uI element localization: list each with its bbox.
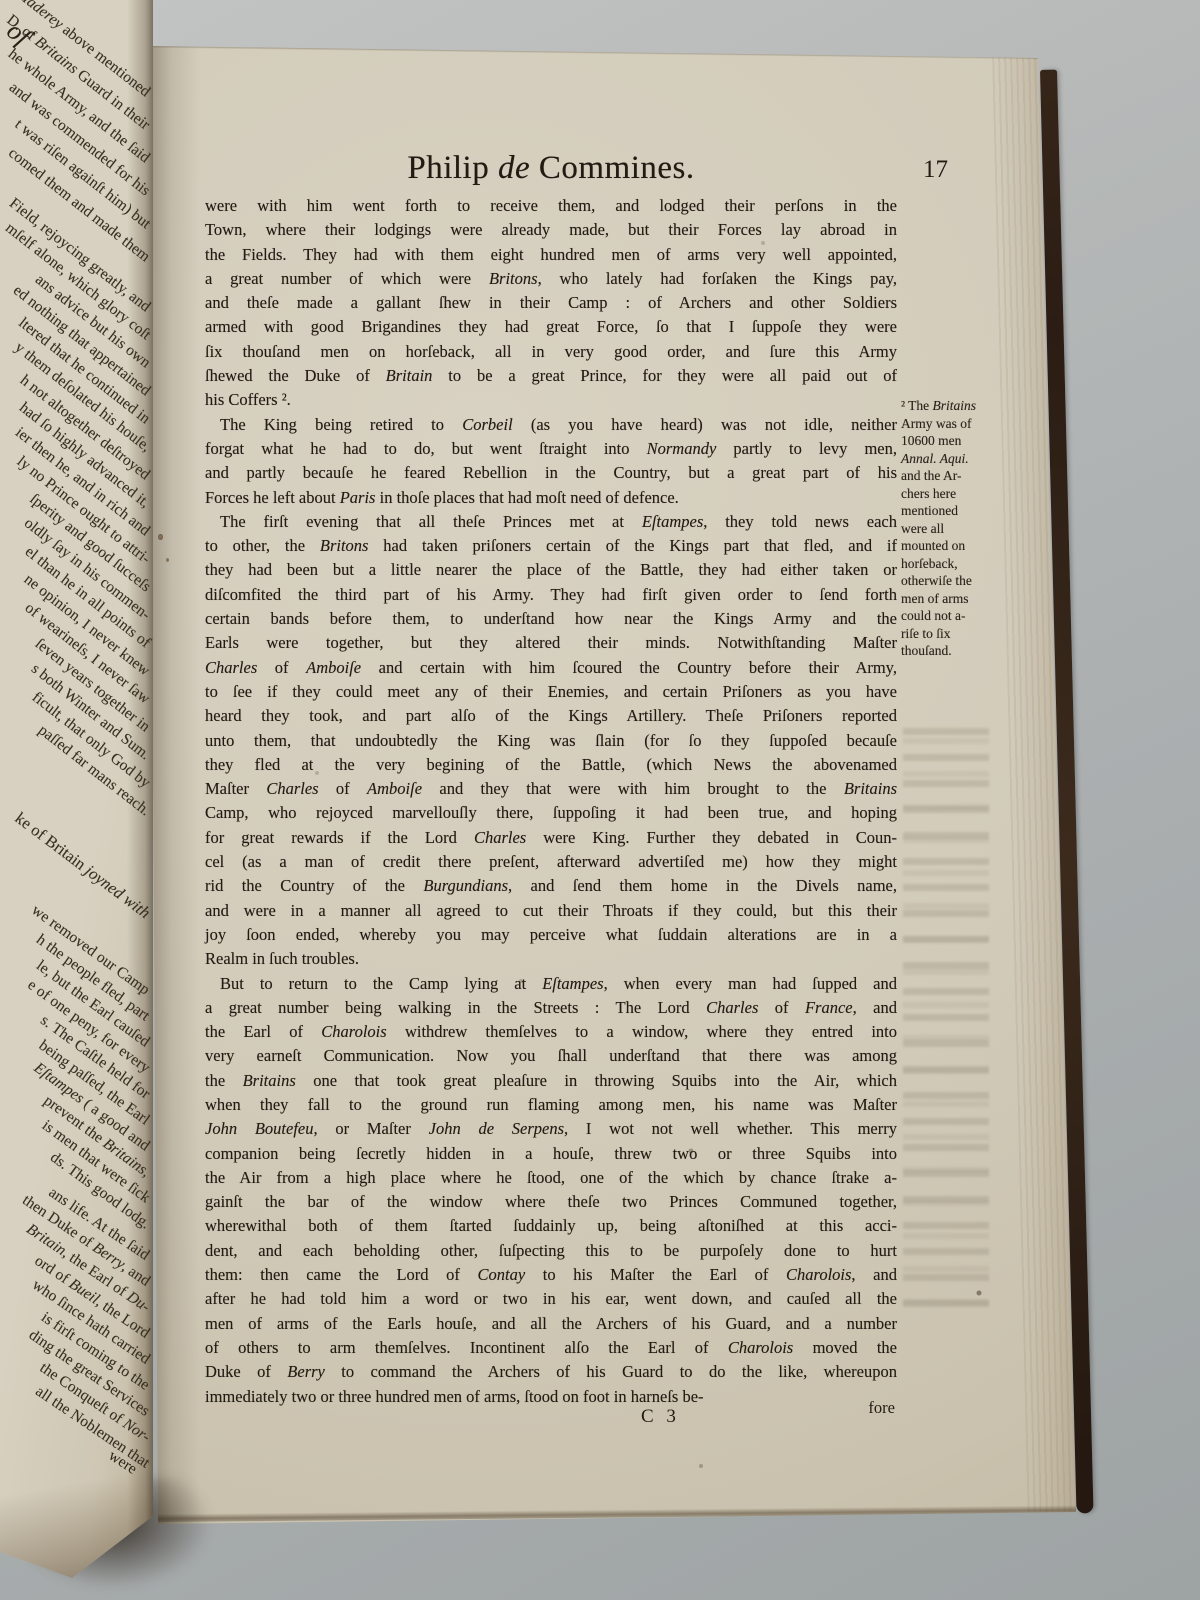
margin-note-line: ² The Britains [901,397,1003,415]
margin-note-line: 10600 men [901,432,1003,450]
text-line: when they fall to the ground run flaming… [205,1093,897,1117]
text-line: and were in a manner all agreed to cut t… [205,899,897,923]
text-line: armed with good Brigandines they had gre… [205,315,897,339]
page-header: Philip de Commines. 17 [205,150,897,196]
text-line: The firſt evening that all theſe Princes… [205,510,897,534]
gutter-crease [127,0,153,1600]
text-line: ſix thouſand men on horſeback, all in ve… [205,340,897,364]
turning-page-surface: of and Maderey above mentionedD. of Brit… [0,0,153,1600]
text-line: ſhewed the Duke of Britain to be a great… [205,364,897,388]
catchword: fore [868,1398,895,1418]
margin-note-line: were all [901,520,1003,538]
ink-show-through [903,728,989,1313]
margin-note-line: Annal. Aqui. [901,450,1003,468]
margin-note-line: Army was of [901,415,1003,433]
text-line: a great number being walking in the Stre… [205,996,897,1020]
text-line: his Coffers ². [205,388,897,412]
text-line: certain bands before them, to underſtand… [205,607,897,631]
margin-note-line: riſe to ſix [901,625,1003,643]
text-line: John Boutefeu, or Maſter John de Serpens… [205,1117,897,1141]
margin-note-line: and the Ar- [901,467,1003,485]
text-line: Duke of Berry to command the Archers of … [205,1360,897,1384]
margin-note-line: men of arms [901,590,1003,608]
text-line: Camp, who rejoyced marvellouſly there, ſ… [205,801,897,825]
text-line: very earneſt Communication. Now you ſhal… [205,1044,897,1068]
running-title: Philip de Commines. [205,150,897,187]
text-line: they fled at the very begining of the Ba… [205,753,897,777]
text-line: were with him went forth to receive them… [205,194,897,218]
text-line: Charles of Amboiſe and certain with him … [205,656,897,680]
text-line: Realm in ſuch troubles. [205,947,897,971]
text-line: diſcomfited the third part of his Army. … [205,583,897,607]
text-line: for great rewards if the Lord Charles we… [205,826,897,850]
text-line: heard they took, and part alſo of the Ki… [205,704,897,728]
margin-note-line: horſeback, [901,555,1003,573]
text-line: cel (as a man of credit there preſent, a… [205,850,897,874]
text-line: Maſter Charles of Amboiſe and they that … [205,777,897,801]
text-line: of others to arm themſelves. Incontinent… [205,1336,897,1360]
margin-note: ² The BritainsArmy was of10600 menAnnal.… [901,397,1003,660]
text-line: after he had told him a word or two in h… [205,1287,897,1311]
text-line: the Fields. They had with them eight hun… [205,243,897,267]
margin-note-line: mounted on [901,537,1003,555]
gutter-shadow [148,40,200,1524]
worm-holes [158,534,163,540]
text-line: joy ſoon ended, whereby you may perceive… [205,923,897,947]
body-text: were with him went forth to receive them… [205,194,897,1409]
text-line: the Air from a high place where he ſtood… [205,1166,897,1190]
turning-page: of and Maderey above mentionedD. of Brit… [0,0,153,1600]
text-line: the Britains one that took great pleaſur… [205,1069,897,1093]
text-line: a great number of which were Britons, wh… [205,267,897,291]
text-line: companion being ſecretly hidden in a hou… [205,1142,897,1166]
text-line: them: then came the Lord of Contay to hi… [205,1263,897,1287]
text-line: Forces he left about Paris in thoſe plac… [205,486,897,510]
page-bottom-edge [158,1505,1078,1522]
text-line: men of arms of the Earls houſe, and all … [205,1312,897,1336]
margin-note-line: mentioned [901,502,1003,520]
page-number: 17 [923,156,948,184]
text-line: wherewithal both of them ſtarted ſuddain… [205,1214,897,1238]
text-line: to ſee if they could meet any of their E… [205,680,897,704]
text-line: But to return to the Camp lying at Eſtam… [205,972,897,996]
margin-note-line: could not a- [901,607,1003,625]
page-top-edge [150,45,1045,60]
book-photo-scene: Philip de Commines. 17 were with him wen… [0,0,1200,1600]
text-line: they had been but a little nearer the pl… [205,558,897,582]
text-line: forgat what he had to do, but went ſtrai… [205,437,897,461]
text-line: The King being retired to Corbeil (as yo… [205,413,897,437]
book-page: Philip de Commines. 17 were with him wen… [0,0,1200,1600]
text-line: dent, and each beholding other, ſuſpecti… [205,1239,897,1263]
text-line: and partly becauſe he feared Rebellion i… [205,461,897,485]
signature-mark: C 3 [641,1406,680,1428]
text-line: gainſt the bar of the window where theſe… [205,1190,897,1214]
text-line: rid the Country of the Burgundians, and … [205,874,897,898]
text-line: Earls were together, but they altered th… [205,631,897,655]
text-line: unto them, that undoubtedly the King was… [205,729,897,753]
margin-note-line: chers here [901,485,1003,503]
margin-note-line: otherwiſe the [901,572,1003,590]
margin-note-line: thouſand. [901,642,1003,660]
text-line: Town, where their lodgings were already … [205,218,897,242]
text-line: and theſe made a gallant ſhew in their C… [205,291,897,315]
text-line: the Earl of Charolois withdrew themſelve… [205,1020,897,1044]
signature-row: C 3 fore [205,1398,897,1428]
text-line: to other, the Britons had taken priſoner… [205,534,897,558]
